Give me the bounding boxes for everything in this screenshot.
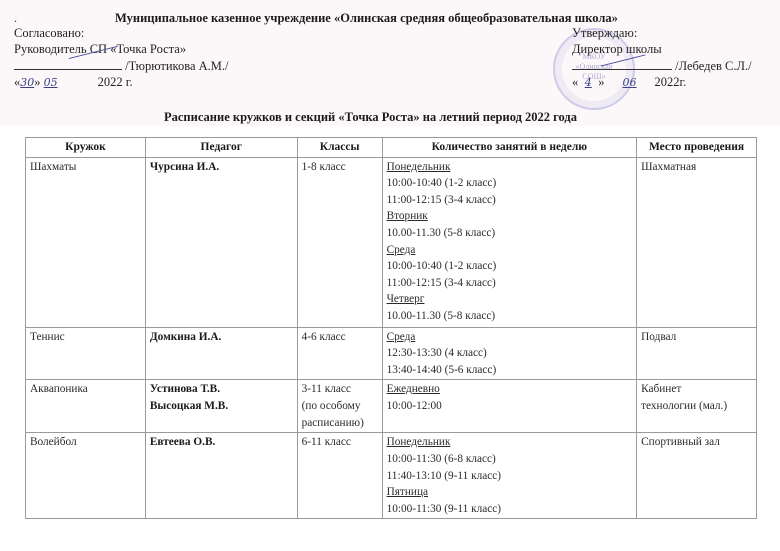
schedule-slot: 11:00-12:15 (3-4 класс): [387, 192, 633, 209]
teacher-name: Устинова Т.В.: [150, 381, 293, 398]
grades-text: (по особому: [302, 398, 378, 415]
table-row: ВолейболЕвтеева О.В.6-11 классПонедельни…: [26, 433, 757, 519]
club-cell: Волейбол: [26, 433, 146, 519]
teacher-name: Высоцкая М.В.: [150, 398, 293, 415]
location-text: Шахматная: [641, 159, 752, 176]
signature-field: [572, 57, 672, 70]
column-grades-header: Классы: [297, 138, 382, 158]
agreed-label: Согласовано:: [14, 25, 229, 41]
approved-block: Утверждаю: Директор школы /Лебедев С.Л./…: [572, 25, 752, 91]
approved-date-year: 2022г.: [655, 75, 687, 89]
schedule-day: Среда: [387, 242, 633, 259]
teacher-cell: Домкина И.А.: [145, 327, 297, 380]
schedule-cell: Понедельник10:00-10:40 (1-2 класс)11:00-…: [382, 157, 637, 327]
document-title: Расписание кружков и секций «Точка Роста…: [164, 110, 577, 125]
agreed-date-year: 2022 г.: [98, 75, 133, 89]
teacher-cell: Устинова Т.В.Высоцкая М.В.: [145, 380, 297, 433]
agreed-signatory: /Тюрютикова А.М./: [125, 59, 228, 73]
agreed-date-month: 05: [44, 75, 98, 91]
schedule-day: Пятница: [387, 484, 633, 501]
table-header-row: КружокПедагогКлассыКоличество занятий в …: [26, 138, 757, 158]
schedule-slot: 10.00-11.30 (5-8 класс): [387, 308, 633, 325]
grades-cell: 1-8 класс: [297, 157, 382, 327]
grades-text: 1-8 класс: [302, 159, 378, 176]
schedule-day: Понедельник: [387, 434, 633, 451]
grades-text: 6-11 класс: [302, 434, 378, 451]
grades-cell: 3-11 класс(по особомурасписанию): [297, 380, 382, 433]
location-text: технологии (мал.): [641, 398, 752, 415]
approved-label: Утверждаю:: [572, 25, 752, 41]
column-teacher-header: Педагог: [145, 138, 297, 158]
club-cell: Аквапоника: [26, 380, 146, 433]
schedule-table: КружокПедагогКлассыКоличество занятий в …: [25, 137, 757, 519]
schedule-day: Среда: [387, 329, 633, 346]
table-row: ТеннисДомкина И.А.4-6 классСреда12:30-13…: [26, 327, 757, 380]
teacher-cell: Чурсина И.А.: [145, 157, 297, 327]
club-cell: Шахматы: [26, 157, 146, 327]
schedule-slot: 12:30-13:30 (4 класс): [387, 345, 633, 362]
schedule-slot: 10.00-11.30 (5-8 класс): [387, 225, 633, 242]
schedule-slot: 10:00-11:30 (6-8 класс): [387, 451, 633, 468]
teacher-name: Домкина И.А.: [150, 329, 293, 346]
location-text: Кабинет: [641, 381, 752, 398]
schedule-day: Понедельник: [387, 159, 633, 176]
teacher-name: Чурсина И.А.: [150, 159, 293, 176]
stray-dot: .: [14, 11, 17, 26]
approved-date: «4»062022г.: [572, 74, 752, 91]
schedule-slot: 10:00-10:40 (1-2 класс): [387, 258, 633, 275]
teacher-cell: Евтеева О.В.: [145, 433, 297, 519]
table-row: АквапоникаУстинова Т.В.Высоцкая М.В.3-11…: [26, 380, 757, 433]
grades-text: расписанию): [302, 415, 378, 432]
organization-title: Муниципальное казенное учреждение «Олинс…: [115, 11, 618, 26]
schedule-cell: Понедельник10:00-11:30 (6-8 класс)11:40-…: [382, 433, 637, 519]
location-cell: Кабинеттехнологии (мал.): [637, 380, 757, 433]
location-cell: Подвал: [637, 327, 757, 380]
schedule-cell: Ежедневно10:00-12:00: [382, 380, 637, 433]
column-location-header: Место проведения: [637, 138, 757, 158]
agreed-signature-line: /Тюрютикова А.М./: [14, 57, 229, 74]
approved-date-day: 4: [578, 75, 598, 91]
agreed-position: Руководитель СП «Точка Роста»: [14, 41, 229, 57]
approved-date-month: 06: [605, 75, 655, 91]
column-club-header: Кружок: [26, 138, 146, 158]
grades-cell: 6-11 класс: [297, 433, 382, 519]
table-body: ШахматыЧурсина И.А.1-8 классПонедельник1…: [26, 157, 757, 519]
table-row: ШахматыЧурсина И.А.1-8 классПонедельник1…: [26, 157, 757, 327]
schedule-slot: 13:40-14:40 (5-6 класс): [387, 362, 633, 379]
teacher-name: Евтеева О.В.: [150, 434, 293, 451]
approved-signature-line: /Лебедев С.Л./: [572, 57, 752, 74]
grades-text: 4-6 класс: [302, 329, 378, 346]
schedule-slot: 10:00-10:40 (1-2 класс): [387, 175, 633, 192]
schedule-day: Четверг: [387, 291, 633, 308]
schedule-slot: 11:00-12:15 (3-4 класс): [387, 275, 633, 292]
location-cell: Шахматная: [637, 157, 757, 327]
schedule-day: Ежедневно: [387, 381, 633, 398]
approved-position: Директор школы: [572, 41, 752, 57]
agreed-date-day: 30: [20, 76, 34, 89]
agreed-block: Согласовано: Руководитель СП «Точка Рост…: [14, 25, 229, 91]
agreed-date: «30» 052022 г.: [14, 74, 229, 91]
approved-signatory: /Лебедев С.Л./: [675, 59, 751, 73]
location-text: Спортивный зал: [641, 434, 752, 451]
location-cell: Спортивный зал: [637, 433, 757, 519]
schedule-slot: 10:00-12:00: [387, 398, 633, 415]
column-sessions-header: Количество занятий в неделю: [382, 138, 637, 158]
schedule-slot: 11:40-13:10 (9-11 класс): [387, 468, 633, 485]
schedule-day: Вторник: [387, 208, 633, 225]
location-text: Подвал: [641, 329, 752, 346]
schedule-slot: 10:00-11:30 (9-11 класс): [387, 501, 633, 518]
club-cell: Теннис: [26, 327, 146, 380]
grades-text: 3-11 класс: [302, 381, 378, 398]
grades-cell: 4-6 класс: [297, 327, 382, 380]
schedule-cell: Среда12:30-13:30 (4 класс)13:40-14:40 (5…: [382, 327, 637, 380]
